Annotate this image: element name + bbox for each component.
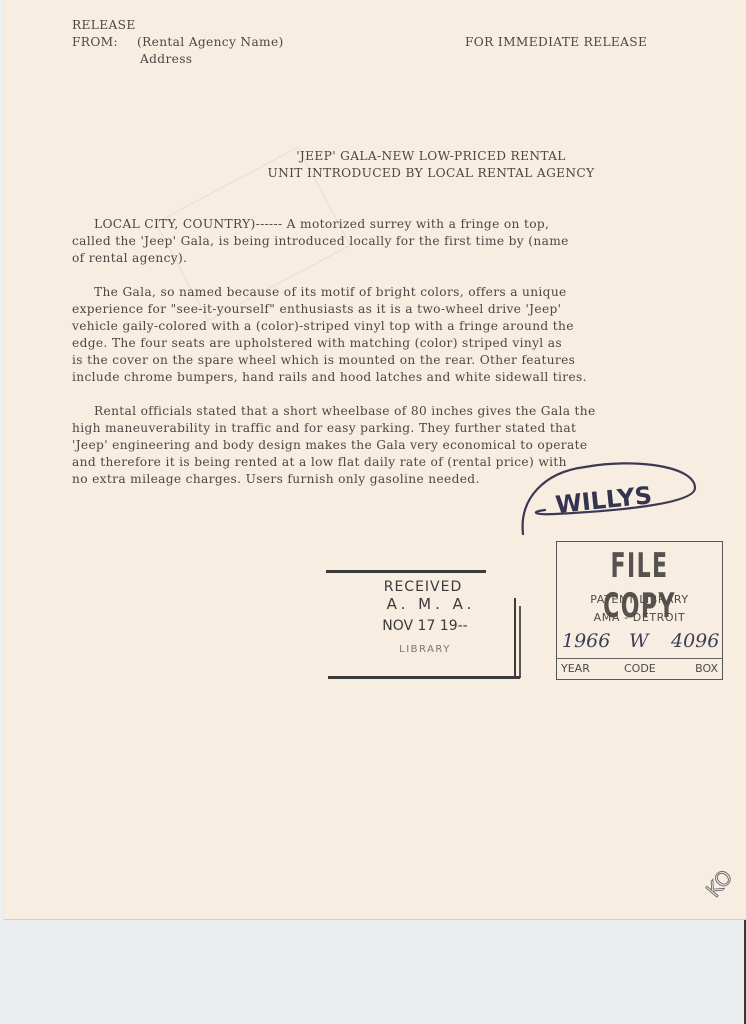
- stamp-labels-row: YEAR CODE BOX: [557, 658, 722, 679]
- paragraph-line: The Gala, so named because of its motif …: [94, 285, 567, 299]
- stamp-border-top: [326, 570, 486, 573]
- for-immediate-release: FOR IMMEDIATE RELEASE: [465, 35, 647, 49]
- paragraph-line: edge. The four seats are upholstered wit…: [72, 336, 562, 350]
- file-copy-stamp: FILE COPY PATENT LIBRARY AMA - DETROIT 1…: [556, 541, 723, 680]
- initials-ko-annotation: KO: [700, 862, 740, 906]
- box-label: BOX: [695, 662, 718, 675]
- release-label: RELEASE: [72, 18, 136, 32]
- received-text: RECEIVED: [348, 579, 498, 595]
- code-value: W: [629, 630, 649, 652]
- stamp-border-right-outer: [519, 606, 521, 678]
- paragraph-line: is the cover on the spare wheel which is…: [72, 353, 575, 367]
- paragraph-line: 'Jeep' engineering and body design makes…: [72, 438, 587, 452]
- paragraph-line: of rental agency).: [72, 251, 187, 265]
- received-stamp: RECEIVED A. M. A. NOV 17 19-- LIBRARY: [326, 568, 520, 682]
- headline-line-1: 'JEEP' GALA-NEW LOW-PRICED RENTAL: [216, 149, 646, 163]
- headline-line-2: UNIT INTRODUCED BY LOCAL RENTAL AGENCY: [216, 166, 646, 180]
- paragraph-line: include chrome bumpers, hand rails and h…: [72, 370, 587, 384]
- library-text: LIBRARY: [350, 644, 500, 655]
- paragraph-line: high maneuverability in traffic and for …: [72, 421, 576, 435]
- paragraph-line: experience for "see-it-yourself" enthusi…: [72, 302, 561, 316]
- background-surface: [0, 920, 746, 1024]
- from-agency-name: (Rental Agency Name): [137, 35, 284, 49]
- paragraph-line: and therefore it is being rented at a lo…: [72, 455, 567, 469]
- stamp-border-right: [514, 598, 516, 678]
- year-label: YEAR: [561, 662, 590, 675]
- paragraph-line: called the 'Jeep' Gala, is being introdu…: [72, 234, 569, 248]
- paragraph-line: LOCAL CITY, COUNTRY)------ A motorized s…: [94, 217, 549, 231]
- paragraph-line: Rental officials stated that a short whe…: [94, 404, 596, 418]
- year-value: 1966: [562, 630, 610, 652]
- from-address: Address: [140, 52, 192, 66]
- willys-circled-annotation: WILLYS: [515, 458, 705, 538]
- box-value: 4096: [671, 630, 719, 652]
- from-label: FROM:: [72, 35, 118, 49]
- paragraph-line: vehicle gaily-colored with a (color)-str…: [72, 319, 574, 333]
- patent-library-text: PATENT LIBRARY: [557, 593, 722, 606]
- ama-detroit-text: AMA - DETROIT: [557, 611, 722, 624]
- willys-text: WILLYS: [554, 481, 653, 519]
- stamp-border-bottom: [328, 676, 520, 679]
- initials-text: KO: [701, 865, 737, 902]
- code-label: CODE: [624, 662, 656, 675]
- received-date: NOV 17 19--: [350, 618, 500, 634]
- paragraph-line: no extra mileage charges. Users furnish …: [72, 472, 480, 486]
- ama-text: A. M. A.: [356, 595, 506, 613]
